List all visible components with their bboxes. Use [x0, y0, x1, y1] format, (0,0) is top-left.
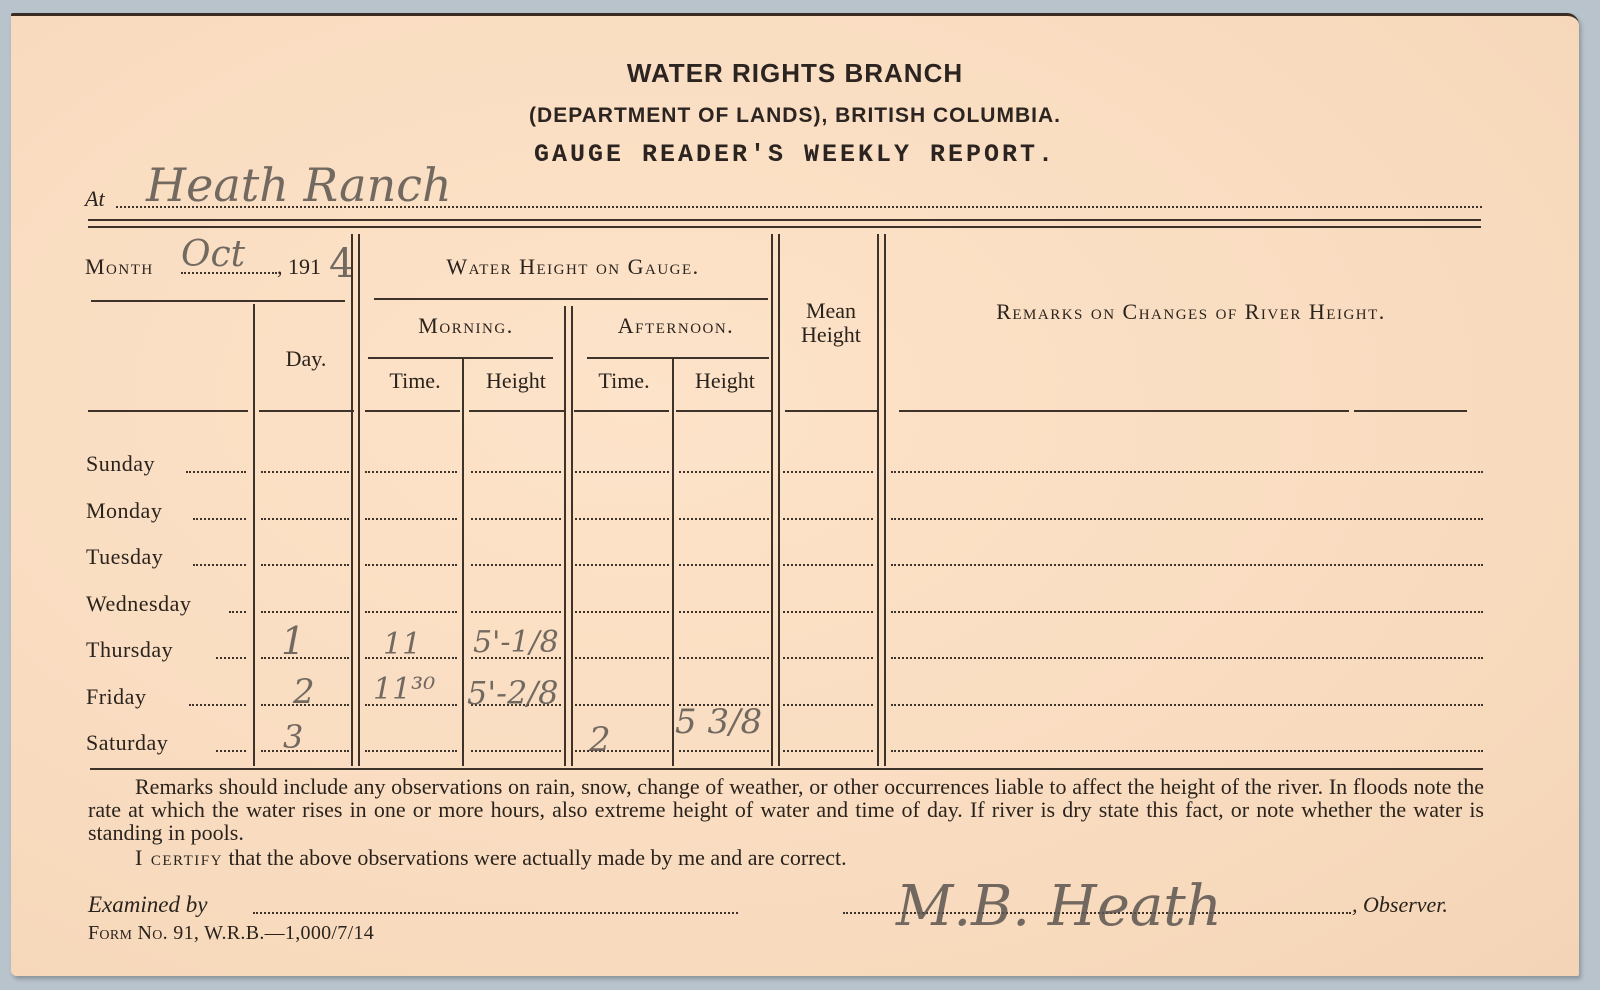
rule	[1354, 410, 1467, 412]
am-time-field[interactable]	[365, 471, 457, 473]
table-row: Sunday	[11, 453, 1579, 483]
month-underline	[91, 300, 345, 302]
pm-height-header: Height	[675, 368, 775, 394]
am-height-value: 5'-1/8	[473, 625, 559, 660]
pm-height-field[interactable]	[679, 611, 769, 613]
remarks-header: Remarks on Changes of River Height.	[891, 299, 1491, 325]
table-row: Friday 2 11³⁰ 5'-2/8	[11, 686, 1579, 716]
remarks-field[interactable]	[891, 471, 1483, 473]
pm-height-field[interactable]	[679, 564, 769, 566]
examined-by-field[interactable]	[253, 912, 738, 914]
am-time-field[interactable]	[365, 750, 457, 752]
weekday-leader	[193, 564, 246, 566]
examined-by-label: Examined by	[88, 892, 207, 918]
pm-height-field[interactable]	[679, 750, 769, 752]
remarks-field[interactable]	[891, 704, 1483, 706]
am-height-field[interactable]	[471, 750, 561, 752]
rule	[259, 410, 354, 412]
remarks-field[interactable]	[891, 611, 1483, 613]
mean-field[interactable]	[783, 518, 873, 520]
table-row: Wednesday	[11, 593, 1579, 623]
mean-field[interactable]	[783, 564, 873, 566]
rule	[469, 410, 564, 412]
am-time-field[interactable]	[365, 564, 457, 566]
am-height-field[interactable]	[471, 564, 561, 566]
weekday-leader	[216, 657, 246, 659]
pm-time-field[interactable]	[575, 471, 669, 473]
am-time-field[interactable]	[365, 518, 457, 520]
weekday-leader	[189, 704, 246, 706]
rule	[785, 410, 877, 412]
am-time-value: 11	[383, 627, 421, 662]
certify-statement: I certify that the above observations we…	[135, 845, 847, 871]
report-card: WATER RIGHTS BRANCH (DEPARTMENT OF LANDS…	[11, 13, 1579, 976]
weekday-label: Monday	[86, 498, 162, 524]
divider-top-2	[88, 226, 1481, 228]
month-value: Oct	[181, 234, 245, 275]
mean-field[interactable]	[783, 704, 873, 706]
form-number: Form No. 91, W.R.B.—1,000/7/14	[88, 922, 374, 945]
year-prefix: , 191	[277, 254, 321, 280]
am-height-field[interactable]	[471, 611, 561, 613]
weekday-leader	[229, 611, 246, 613]
weekday-label: Thursday	[86, 637, 173, 663]
remarks-field[interactable]	[891, 564, 1483, 566]
weekday-label: Friday	[86, 684, 146, 710]
am-height-value: 5'-2/8	[467, 674, 558, 712]
pm-height-value: 5 3/8	[675, 702, 762, 742]
divider-top-1	[88, 219, 1481, 221]
remarks-field[interactable]	[891, 518, 1483, 520]
certify-caps: I certify	[135, 845, 223, 870]
pm-time-field[interactable]	[575, 564, 669, 566]
branch-title: WATER RIGHTS BRANCH	[11, 58, 1579, 89]
water-height-underline	[374, 298, 768, 300]
day-value: 3	[283, 718, 303, 756]
instructions-paragraph: Remarks should include any observations …	[88, 775, 1484, 844]
rule	[88, 410, 248, 412]
pm-time-field[interactable]	[575, 611, 669, 613]
department-subtitle: (DEPARTMENT OF LANDS), BRITISH COLUMBIA.	[11, 104, 1579, 128]
am-time-field[interactable]	[365, 611, 457, 613]
am-time-value: 11³⁰	[373, 672, 435, 707]
pm-height-field[interactable]	[679, 471, 769, 473]
weekday-leader	[186, 471, 246, 473]
pm-time-field[interactable]	[575, 657, 669, 659]
morning-underline	[368, 357, 553, 359]
day-value: 1	[281, 619, 305, 663]
am-height-header: Height	[466, 368, 566, 394]
morning-header: Morning.	[366, 313, 566, 339]
table-row: Monday	[11, 500, 1579, 530]
weekday-label: Wednesday	[86, 591, 191, 617]
pm-time-header: Time.	[574, 368, 674, 394]
pm-height-field[interactable]	[679, 657, 769, 659]
weekday-label: Saturday	[86, 730, 168, 756]
location-value: Heath Ranch	[146, 158, 452, 212]
weekday-label: Tuesday	[86, 544, 163, 570]
table-bottom-rule	[90, 768, 1483, 770]
water-height-header: Water Height on Gauge.	[363, 254, 783, 280]
pm-time-value: 2	[589, 720, 611, 760]
mean-height-header: Mean Height	[781, 299, 881, 347]
day-field[interactable]	[261, 750, 349, 752]
pm-time-field[interactable]	[575, 518, 669, 520]
day-field[interactable]	[261, 611, 349, 613]
weekday-label: Sunday	[86, 451, 155, 477]
remarks-field[interactable]	[891, 750, 1483, 752]
mean-field[interactable]	[783, 657, 873, 659]
table-row: Saturday 3 2 5 3/8	[11, 732, 1579, 762]
pm-height-field[interactable]	[679, 518, 769, 520]
am-height-field[interactable]	[471, 518, 561, 520]
day-field[interactable]	[261, 518, 349, 520]
rule	[899, 410, 1349, 412]
remarks-field[interactable]	[891, 657, 1483, 659]
rule	[365, 410, 460, 412]
day-field[interactable]	[261, 564, 349, 566]
afternoon-underline	[587, 357, 769, 359]
pm-time-field[interactable]	[575, 704, 669, 706]
afternoon-header: Afternoon.	[576, 313, 776, 339]
month-label: Month	[85, 254, 154, 280]
rule	[574, 410, 669, 412]
day-value: 2	[293, 672, 315, 712]
weekday-leader	[193, 518, 246, 520]
certify-rest: that the above observations were actuall…	[223, 845, 847, 870]
mean-field[interactable]	[783, 750, 873, 752]
table-row: Tuesday	[11, 546, 1579, 576]
mean-field[interactable]	[783, 471, 873, 473]
observer-signature: M.B. Heath	[896, 874, 1222, 939]
day-header: Day.	[256, 346, 356, 372]
table-row: Thursday 1 11 5'-1/8	[11, 639, 1579, 669]
mean-field[interactable]	[783, 611, 873, 613]
mean-height-header-line2: Height	[781, 323, 881, 347]
rule	[676, 410, 771, 412]
am-time-header: Time.	[365, 368, 465, 394]
day-field[interactable]	[261, 471, 349, 473]
observer-label: , Observer.	[1352, 892, 1448, 918]
location-label: At	[85, 186, 105, 212]
am-height-field[interactable]	[471, 471, 561, 473]
weekday-leader	[216, 750, 246, 752]
mean-height-header-line1: Mean	[781, 299, 881, 323]
